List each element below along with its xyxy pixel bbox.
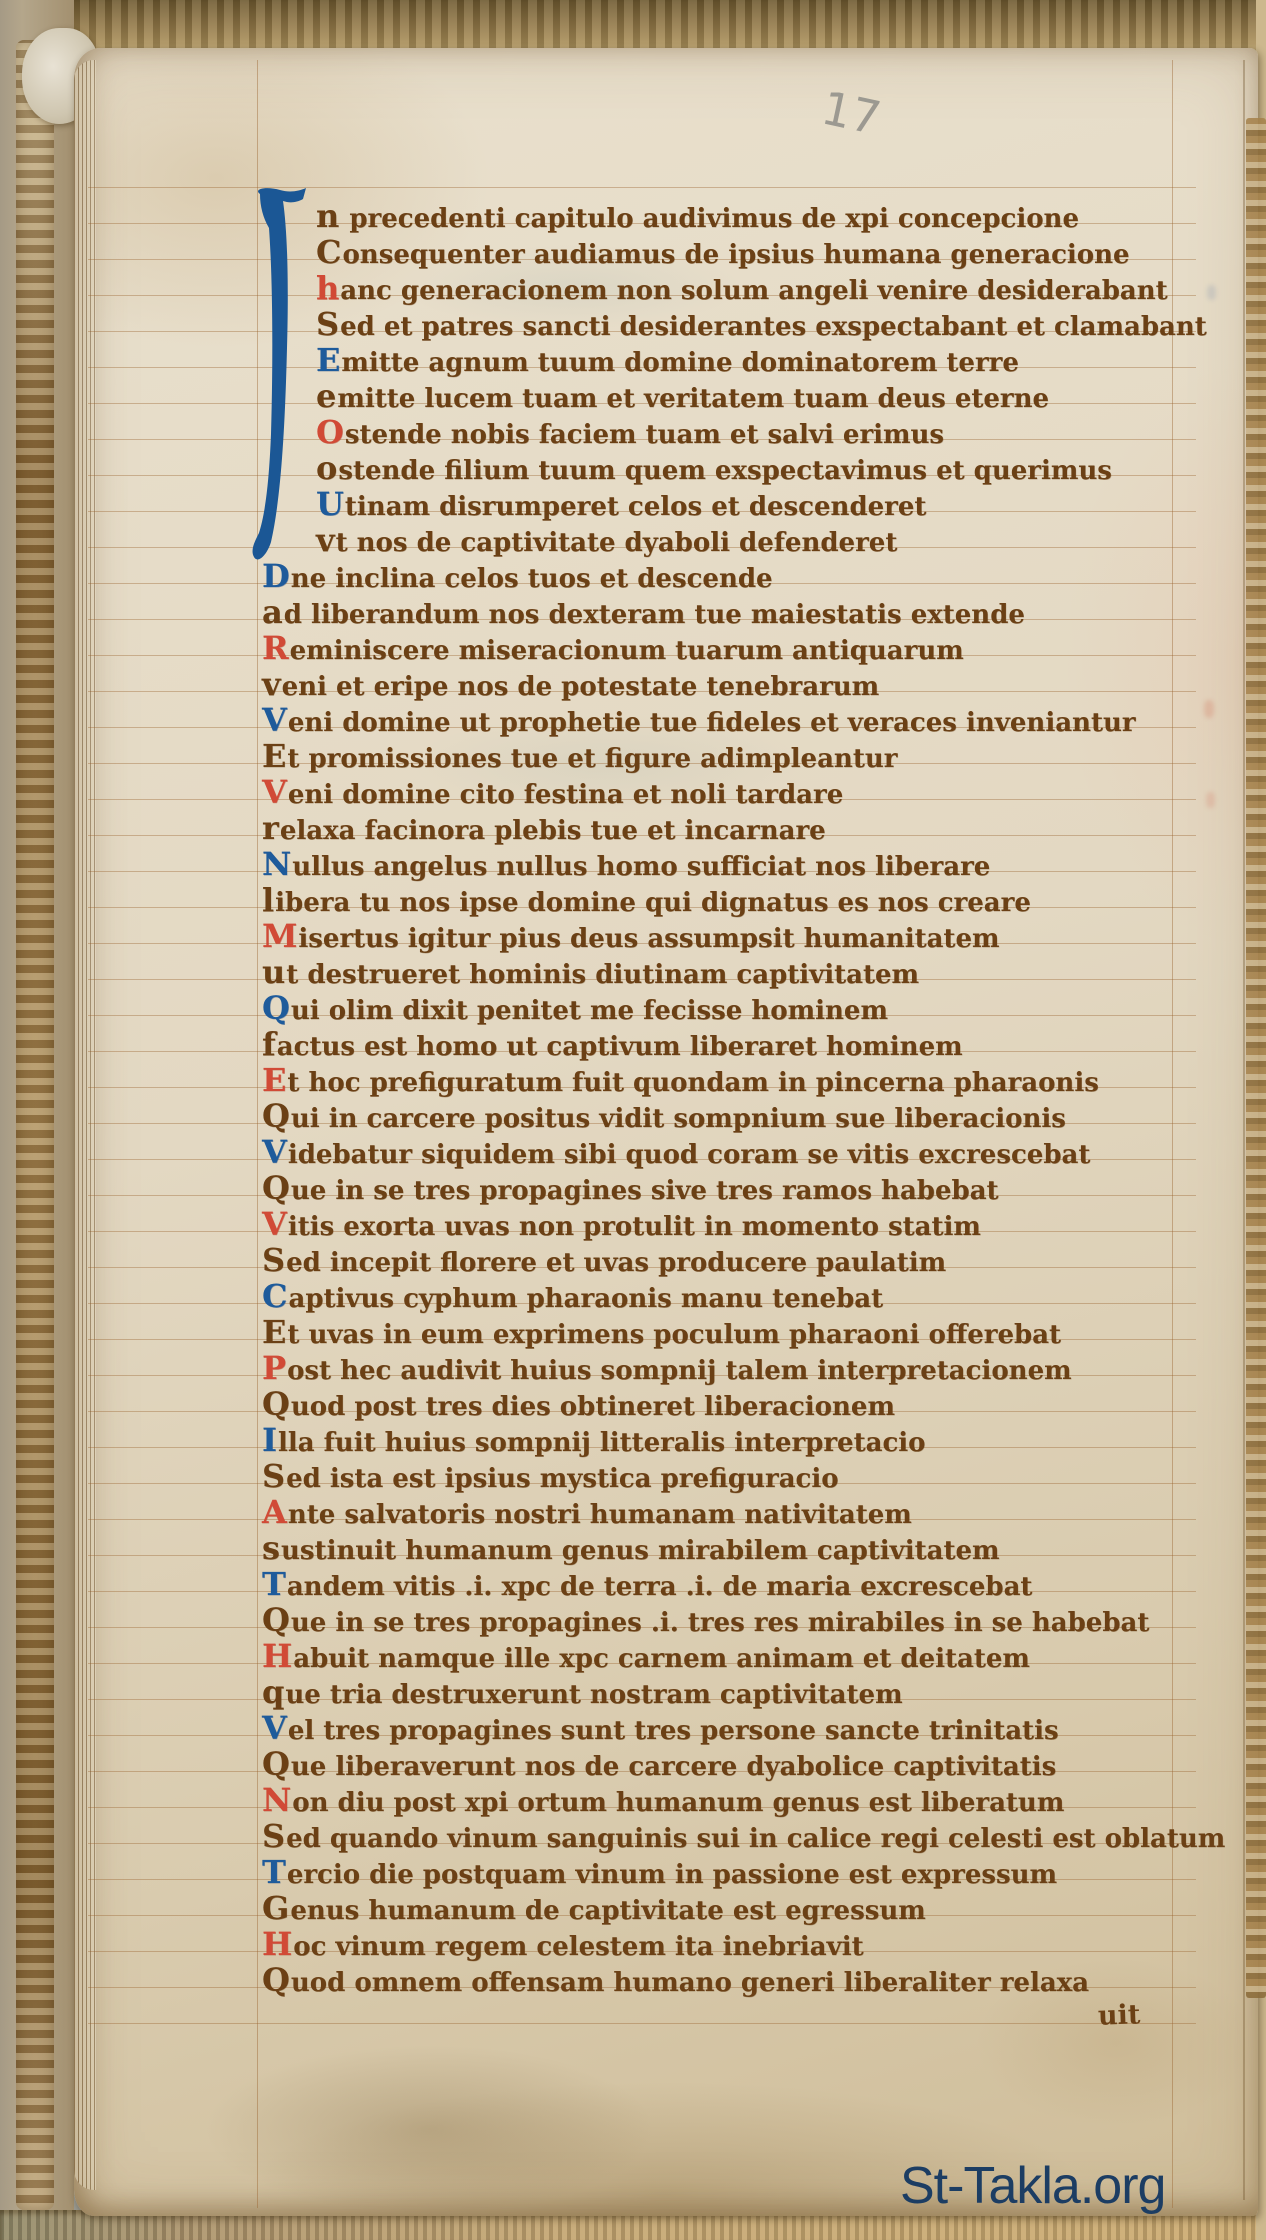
- manuscript-line: Que in se tres propagines .i. tres res m…: [262, 1603, 1225, 1639]
- line-text: t hoc prefiguratum fuit quondam in pince…: [287, 1068, 1098, 1098]
- line-text: ed incepit florere et uvas producere pau…: [286, 1248, 946, 1278]
- manuscript-line: Hoc vinum regem celestem ita inebriavit: [262, 1927, 1225, 1963]
- line-text: t promissiones tue et figure adimpleantu…: [287, 744, 897, 774]
- line-text: stende filium tuum quem exspectavimus et…: [338, 456, 1112, 486]
- line-initial: S: [262, 1457, 285, 1495]
- manuscript-line: Consequenter audiamus de ipsius humana g…: [262, 235, 1225, 271]
- line-initial: N: [262, 845, 291, 883]
- line-text: uod omnem offensam humano generi liberal…: [291, 1968, 1089, 1998]
- line-text: itis exorta uvas non protulit in momento…: [288, 1212, 981, 1242]
- line-initial: O: [316, 413, 344, 451]
- line-text: el tres propagines sunt tres persone san…: [288, 1716, 1059, 1746]
- line-text: mitte lucem tuam et veritatem tuam deus …: [337, 384, 1049, 414]
- manuscript-line: Sed et patres sancti desiderantes exspec…: [262, 307, 1225, 343]
- manuscript-line: Dne inclina celos tuos et descende: [262, 559, 1225, 595]
- manuscript-line: ostende filium tuum quem exspectavimus e…: [262, 451, 1225, 487]
- line-text: ne inclina celos tuos et descende: [291, 564, 773, 594]
- manuscript-line: Emitte agnum tuum domine dominatorem ter…: [262, 343, 1225, 379]
- line-initial: v: [316, 521, 335, 559]
- horizontal-ruling: [88, 2023, 1196, 2024]
- line-initial: Q: [262, 1961, 290, 1999]
- line-initial: T: [262, 1565, 286, 1603]
- line-text: nte salvatoris nostri humanam nativitate…: [288, 1500, 912, 1530]
- line-text: ue tria destruxerunt nostram captivitate…: [285, 1680, 902, 1710]
- manuscript-line: Qui in carcere positus vidit sompnium su…: [262, 1099, 1225, 1135]
- line-initial: C: [262, 1277, 287, 1315]
- line-text: on diu post xpi ortum humanum genus est …: [292, 1788, 1064, 1818]
- line-initial: v: [262, 665, 281, 703]
- ink-offset-mark: [1204, 700, 1214, 718]
- line-text: d liberandum nos dexteram tue maiestatis…: [284, 600, 1025, 630]
- line-text: t destrueret hominis diutinam captivitat…: [286, 960, 919, 990]
- line-initial: V: [262, 1133, 287, 1171]
- manuscript-line: Nullus angelus nullus homo sufficiat nos…: [262, 847, 1225, 883]
- line-initial: S: [316, 305, 339, 343]
- line-text: onsequenter audiamus de ipsius humana ge…: [342, 240, 1129, 270]
- manuscript-line: Misertus igitur pius deus assumpsit huma…: [262, 919, 1225, 955]
- line-initial: l: [262, 881, 274, 919]
- manuscript-line: Videbatur siquidem sibi quod coram se vi…: [262, 1135, 1225, 1171]
- spine-sewn-band: [16, 40, 54, 2210]
- line-initial: E: [262, 1313, 286, 1351]
- line-text: actus est homo ut captivum liberaret hom…: [277, 1032, 963, 1062]
- manuscript-line: Quod post tres dies obtineret liberacion…: [262, 1387, 1225, 1423]
- line-text: oc vinum regem celestem ita inebriavit: [293, 1932, 863, 1962]
- manuscript-scan: 17 n precedenti capitulo audivimus de xp…: [0, 0, 1266, 2240]
- line-initial: D: [262, 557, 290, 595]
- manuscript-line: Post hec audivit huius sompnij talem int…: [262, 1351, 1225, 1387]
- line-initial: R: [262, 629, 289, 667]
- manuscript-line: Genus humanum de captivitate est egressu…: [262, 1891, 1225, 1927]
- line-initial: S: [262, 1817, 285, 1855]
- line-text: tinam disrumperet celos et descenderet: [345, 492, 927, 522]
- line-text: ullus angelus nullus homo sufficiat nos …: [292, 852, 990, 882]
- line-text: eni domine cito festina et noli tardare: [288, 780, 843, 810]
- line-text: ue in se tres propagines .i. tres res mi…: [291, 1608, 1150, 1638]
- line-initial: r: [262, 809, 279, 847]
- text-block: n precedenti capitulo audivimus de xpi c…: [262, 199, 1225, 1999]
- line-initial: f: [262, 1025, 276, 1063]
- line-initial: e: [316, 377, 336, 415]
- line-text: stende nobis faciem tuam et salvi erimus: [345, 420, 944, 450]
- line-text: eni domine ut prophetie tue fideles et v…: [288, 708, 1136, 738]
- book-cover-top-edge: [0, 0, 1266, 54]
- manuscript-line: Et hoc prefiguratum fuit quondam in pinc…: [262, 1063, 1225, 1099]
- manuscript-line: n precedenti capitulo audivimus de xpi c…: [262, 199, 1225, 235]
- line-initial: Q: [262, 1601, 290, 1639]
- line-initial: Q: [262, 989, 290, 1027]
- line-initial: V: [262, 773, 287, 811]
- line-text: aptivus cyphum pharaonis manu tenebat: [288, 1284, 883, 1314]
- line-initial: Q: [262, 1097, 290, 1135]
- manuscript-line: Tandem vitis .i. xpc de terra .i. de mar…: [262, 1567, 1225, 1603]
- line-text: ustinuit humanum genus mirabilem captivi…: [281, 1536, 1000, 1566]
- line-text: ed et patres sancti desiderantes exspect…: [340, 312, 1207, 342]
- line-initial: V: [262, 1709, 287, 1747]
- line-text: abuit namque ille xpc carnem animam et d…: [293, 1644, 1030, 1674]
- line-initial: h: [316, 269, 339, 307]
- line-text: idebatur siquidem sibi quod coram se vit…: [288, 1140, 1091, 1170]
- line-initial: C: [316, 233, 341, 271]
- manuscript-line: relaxa facinora plebis tue et incarnare: [262, 811, 1225, 847]
- manuscript-line: Vitis exorta uvas non protulit in moment…: [262, 1207, 1225, 1243]
- manuscript-line: Ostende nobis faciem tuam et salvi erimu…: [262, 415, 1225, 451]
- manuscript-line: Sed incepit florere et uvas producere pa…: [262, 1243, 1225, 1279]
- page-stack-edges: [74, 60, 96, 2190]
- watermark: St-Takla.org: [900, 2156, 1165, 2216]
- line-text: t nos de captivitate dyaboli defenderet: [336, 528, 898, 558]
- line-text: uod post tres dies obtineret liberacione…: [291, 1392, 895, 1422]
- line-text: mitte agnum tuum domine dominatorem terr…: [341, 348, 1019, 378]
- manuscript-line: Illa fuit huius sompnij litteralis inter…: [262, 1423, 1225, 1459]
- manuscript-line: ad liberandum nos dexteram tue maiestati…: [262, 595, 1225, 631]
- manuscript-line: Veni domine cito festina et noli tardare: [262, 775, 1225, 811]
- manuscript-line: Quod omnem offensam humano generi libera…: [262, 1963, 1225, 1999]
- line-initial: o: [316, 449, 337, 487]
- line-text: ui olim dixit penitet me fecisse hominem: [291, 996, 888, 1026]
- line-text: ed quando vinum sanguinis sui in calice …: [286, 1824, 1225, 1854]
- line-initial: H: [262, 1925, 292, 1963]
- line-text: ue in se tres propagines sive tres ramos…: [291, 1176, 999, 1206]
- line-initial: I: [262, 1421, 277, 1459]
- manuscript-line: factus est homo ut captivum liberaret ho…: [262, 1027, 1225, 1063]
- line-initial: A: [262, 1493, 287, 1531]
- line-initial: P: [262, 1349, 286, 1387]
- line-text: ost hec audivit huius sompnij talem inte…: [287, 1356, 1072, 1386]
- line-initial: M: [262, 917, 297, 955]
- line-initial: V: [262, 1205, 287, 1243]
- line-text: andem vitis .i. xpc de terra .i. de mari…: [287, 1572, 1033, 1602]
- line-initial: H: [262, 1637, 292, 1675]
- line-initial: U: [316, 485, 344, 523]
- manuscript-line: vt nos de captivitate dyaboli defenderet: [262, 523, 1225, 559]
- manuscript-line: Ante salvatoris nostri humanam nativitat…: [262, 1495, 1225, 1531]
- manuscript-line: Utinam disrumperet celos et descenderet: [262, 487, 1225, 523]
- manuscript-line: Veni domine ut prophetie tue fideles et …: [262, 703, 1225, 739]
- manuscript-line: Captivus cyphum pharaonis manu tenebat: [262, 1279, 1225, 1315]
- line-initial: Q: [262, 1169, 290, 1207]
- line-text: anc generacionem non solum angeli venire…: [340, 276, 1167, 306]
- manuscript-line: sustinuit humanum genus mirabilem captiv…: [262, 1531, 1225, 1567]
- line-initial: V: [262, 701, 287, 739]
- manuscript-line: Qui olim dixit penitet me fecisse homine…: [262, 991, 1225, 1027]
- manuscript-line: emitte lucem tuam et veritatem tuam deus…: [262, 379, 1225, 415]
- manuscript-line: que tria destruxerunt nostram captivitat…: [262, 1675, 1225, 1711]
- manuscript-line: veni et eripe nos de potestate tenebraru…: [262, 667, 1225, 703]
- manuscript-line: Reminiscere miseracionum tuarum antiquar…: [262, 631, 1225, 667]
- line-initial: s: [262, 1529, 280, 1567]
- line-text: eni et eripe nos de potestate tenebrarum: [282, 672, 880, 702]
- line-text: ui in carcere positus vidit sompnium sue…: [291, 1104, 1066, 1134]
- line-initial: S: [262, 1241, 285, 1279]
- line-text: ed ista est ipsius mystica prefiguracio: [286, 1464, 838, 1494]
- manuscript-line: ut destrueret hominis diutinam captivita…: [262, 955, 1225, 991]
- book-spine-left: [0, 0, 74, 2240]
- line-text: ibera tu nos ipse domine qui dignatus es…: [275, 888, 1031, 918]
- line-initial: Q: [262, 1745, 290, 1783]
- manuscript-line: Sed ista est ipsius mystica prefiguracio: [262, 1459, 1225, 1495]
- line-text: lla fuit huius sompnij litteralis interp…: [278, 1428, 926, 1458]
- fore-edge-pattern: [1246, 118, 1266, 1998]
- manuscript-line: Que in se tres propagines sive tres ramo…: [262, 1171, 1225, 1207]
- line-text: precedenti capitulo audivimus de xpi con…: [340, 204, 1079, 234]
- line-initial: Q: [262, 1385, 290, 1423]
- line-initial: T: [262, 1853, 286, 1891]
- page-right-crease: [1243, 60, 1245, 2200]
- line-text: enus humanum de captivitate est egressum: [290, 1896, 925, 1926]
- manuscript-line: Sed quando vinum sanguinis sui in calice…: [262, 1819, 1225, 1855]
- line-initial: u: [262, 953, 285, 991]
- manuscript-line: Et promissiones tue et figure adimpleant…: [262, 739, 1225, 775]
- line-initial: n: [316, 197, 339, 235]
- line-initial: G: [262, 1889, 289, 1927]
- line-text: elaxa facinora plebis tue et incarnare: [280, 816, 826, 846]
- ink-offset-mark: [1207, 285, 1216, 300]
- line-text: eminiscere miseracionum tuarum antiquaru…: [290, 636, 964, 666]
- line-initial: q: [262, 1673, 284, 1711]
- manuscript-line: Que liberaverunt nos de carcere dyabolic…: [262, 1747, 1225, 1783]
- manuscript-line: Vel tres propagines sunt tres persone sa…: [262, 1711, 1225, 1747]
- line-text: ue liberaverunt nos de carcere dyabolice…: [291, 1752, 1056, 1782]
- line-initial: E: [262, 1061, 286, 1099]
- manuscript-line: Habuit namque ille xpc carnem animam et …: [262, 1639, 1225, 1675]
- line-initial: N: [262, 1781, 291, 1819]
- manuscript-line: libera tu nos ipse domine qui dignatus e…: [262, 883, 1225, 919]
- line-text: t uvas in eum exprimens poculum pharaoni…: [287, 1320, 1061, 1350]
- line-text: isertus igitur pius deus assumpsit human…: [298, 924, 999, 954]
- manuscript-line: Et uvas in eum exprimens poculum pharaon…: [262, 1315, 1225, 1351]
- manuscript-line: hanc generacionem non solum angeli venir…: [262, 271, 1225, 307]
- line-initial: E: [316, 341, 340, 379]
- line-text: ercio die postquam vinum in passione est…: [287, 1860, 1057, 1890]
- manuscript-line: Tercio die postquam vinum in passione es…: [262, 1855, 1225, 1891]
- line-initial: E: [262, 737, 286, 775]
- catchword: uit: [1097, 1999, 1140, 2031]
- manuscript-line: Non diu post xpi ortum humanum genus est…: [262, 1783, 1225, 1819]
- ink-offset-mark: [1206, 792, 1215, 808]
- line-initial: a: [262, 593, 283, 631]
